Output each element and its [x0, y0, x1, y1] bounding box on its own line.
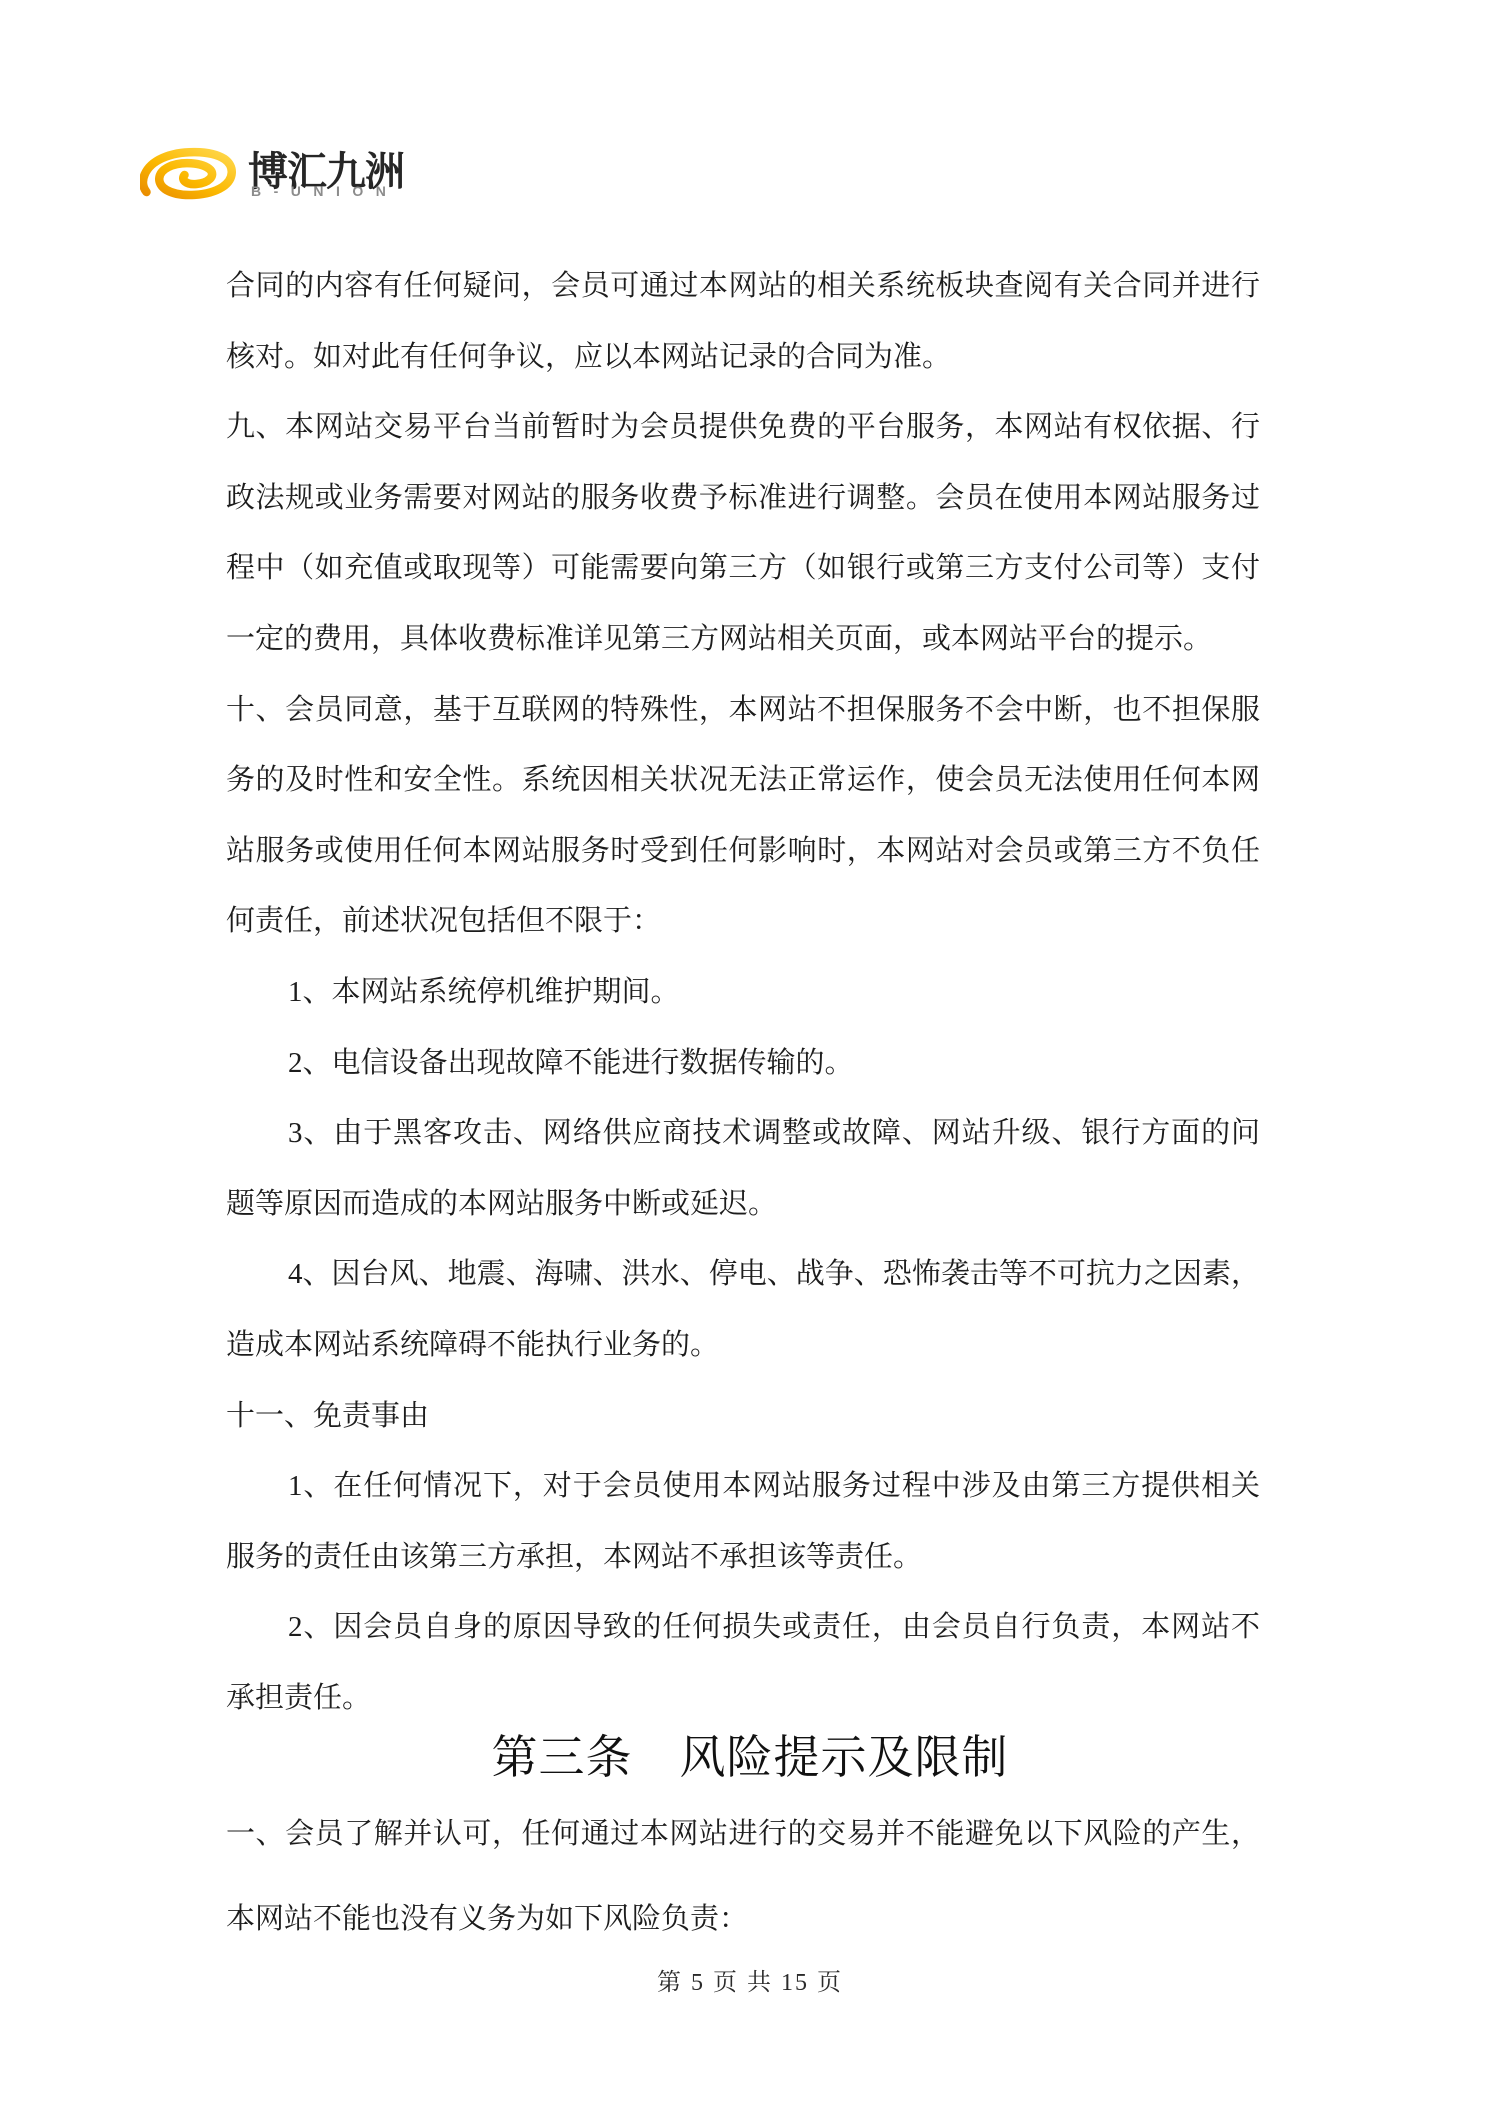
text-line: 一定的费用，具体收费标准详见第三方网站相关页面，或本网站平台的提示。	[226, 604, 1260, 675]
text-line: 造成本网站系统障碍不能执行业务的。	[226, 1310, 1260, 1381]
text-line: 4、因台风、地震、海啸、洪水、停电、战争、恐怖袭击等不可抗力之因素，	[226, 1239, 1260, 1310]
document-page: 博汇九洲 B-UNION 合同的内容有任何疑问，会员可通过本网站的相关系统板块查…	[0, 0, 1500, 2121]
brand-logo: 博汇九洲 B-UNION	[140, 144, 440, 204]
text-line: 核对。如对此有任何争议，应以本网站记录的合同为准。	[226, 322, 1260, 393]
text-line: 九、本网站交易平台当前暂时为会员提供免费的平台服务，本网站有权依据、行	[226, 392, 1260, 463]
text-line: 2、因会员自身的原因导致的任何损失或责任，由会员自行负责，本网站不	[226, 1592, 1260, 1663]
text-line: 十一、免责事由	[226, 1381, 1260, 1452]
text-line: 1、在任何情况下，对于会员使用本网站服务过程中涉及由第三方提供相关	[226, 1451, 1260, 1522]
text-line: 本网站不能也没有义务为如下风险负责：	[226, 1877, 1260, 1962]
section-body: 一、会员了解并认可，任何通过本网站进行的交易并不能避免以下风险的产生，本网站不能…	[226, 1792, 1260, 1962]
text-line: 承担责任。	[226, 1663, 1260, 1734]
text-line: 政法规或业务需要对网站的服务收费予标准进行调整。会员在使用本网站服务过	[226, 463, 1260, 534]
document-body: 合同的内容有任何疑问，会员可通过本网站的相关系统板块查阅有关合同并进行核对。如对…	[226, 251, 1260, 1733]
text-line: 合同的内容有任何疑问，会员可通过本网站的相关系统板块查阅有关合同并进行	[226, 251, 1260, 322]
text-line: 十、会员同意，基于互联网的特殊性，本网站不担保服务不会中断，也不担保服	[226, 675, 1260, 746]
page-number-footer: 第 5 页 共 15 页	[0, 1962, 1500, 1997]
text-line: 2、电信设备出现故障不能进行数据传输的。	[226, 1028, 1260, 1099]
text-line: 题等原因而造成的本网站服务中断或延迟。	[226, 1169, 1260, 1240]
brand-name-en: B-UNION	[251, 183, 398, 199]
text-line: 程中（如充值或取现等）可能需要向第三方（如银行或第三方支付公司等）支付	[226, 533, 1260, 604]
text-line: 何责任，前述状况包括但不限于：	[226, 886, 1260, 957]
text-line: 务的及时性和安全性。系统因相关状况无法正常运作，使会员无法使用任何本网	[226, 745, 1260, 816]
text-line: 1、本网站系统停机维护期间。	[226, 957, 1260, 1028]
text-line: 3、由于黑客攻击、网络供应商技术调整或故障、网站升级、银行方面的问	[226, 1098, 1260, 1169]
section-heading: 第三条 风险提示及限制	[0, 1726, 1500, 1790]
text-line: 一、会员了解并认可，任何通过本网站进行的交易并不能避免以下风险的产生，	[226, 1792, 1260, 1877]
gold-swirl-icon	[140, 146, 237, 202]
text-line: 站服务或使用任何本网站服务时受到任何影响时，本网站对会员或第三方不负任	[226, 816, 1260, 887]
text-line: 服务的责任由该第三方承担，本网站不承担该等责任。	[226, 1522, 1260, 1593]
